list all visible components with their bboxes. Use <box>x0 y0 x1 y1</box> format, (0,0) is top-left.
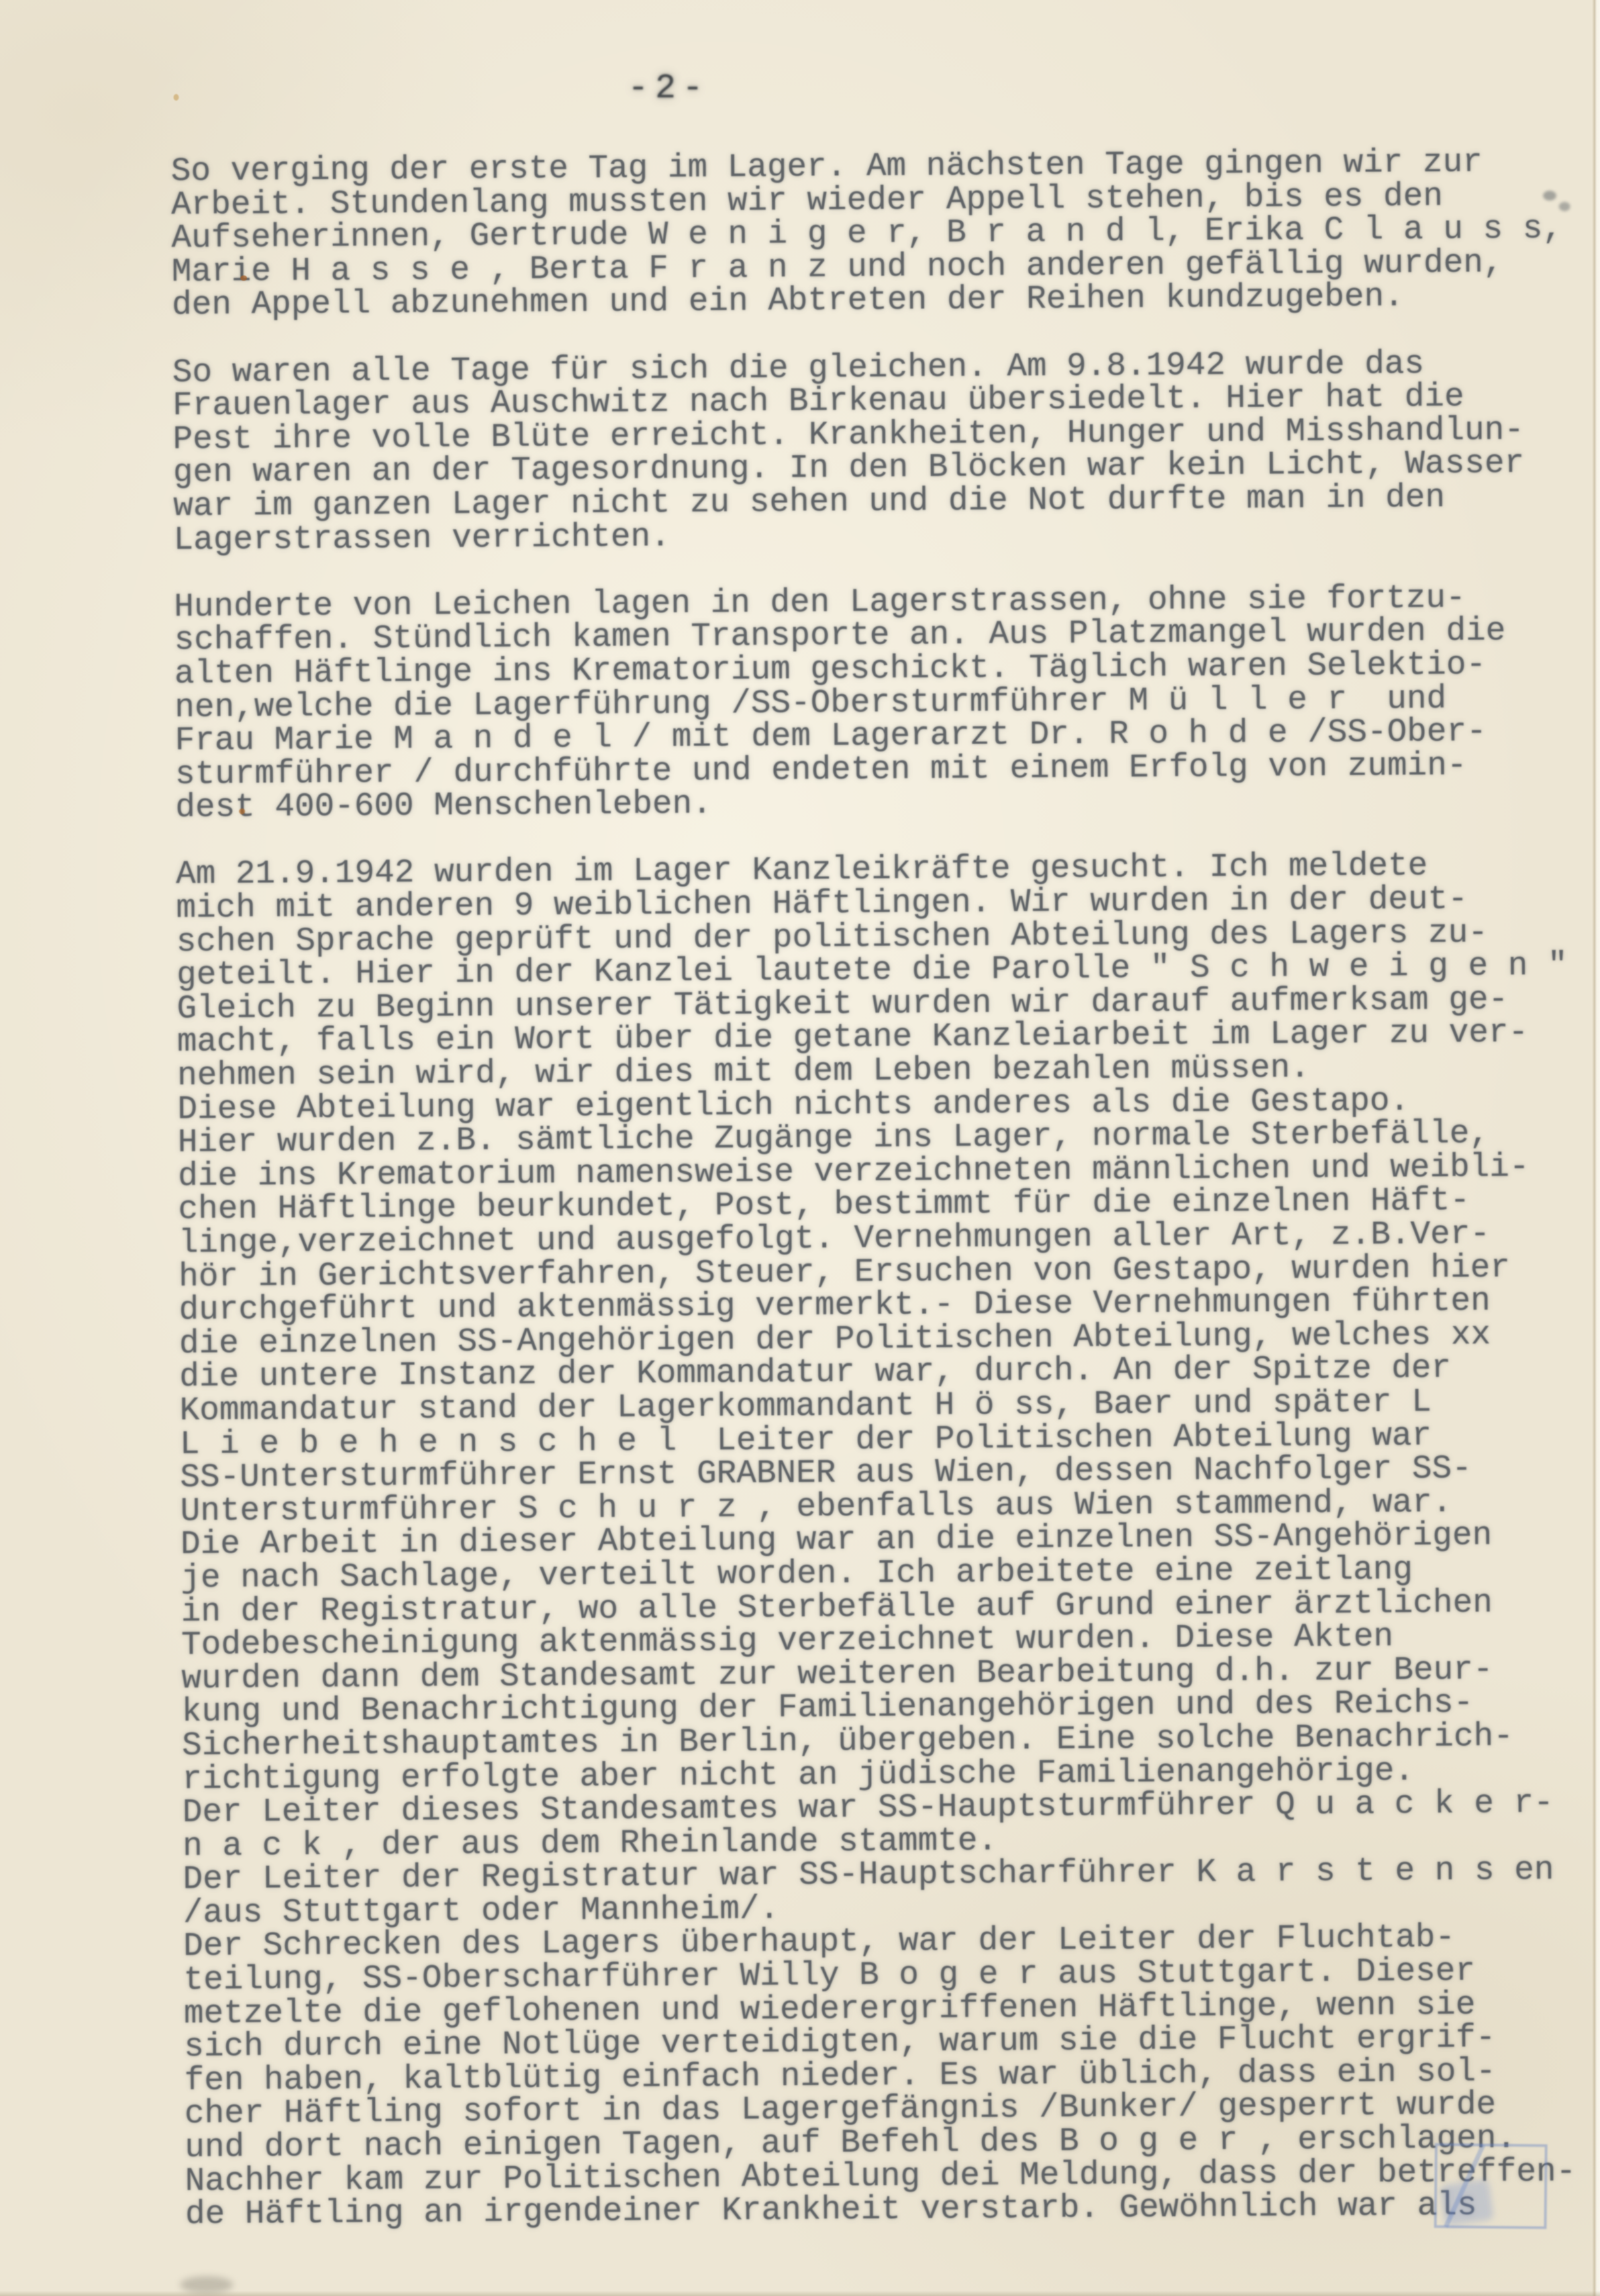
paper-edge <box>0 2291 1600 2296</box>
paragraph-3: Hunderte von Leichen lagen in den Lagers… <box>174 581 1600 826</box>
rust-speck <box>240 275 247 281</box>
typewritten-text-block: So verging der erste Tag im Lager. Am nä… <box>171 146 1600 2232</box>
paragraph-4: Am 21.9.1942 wurden im Lager Kanzleikräf… <box>175 849 1600 2232</box>
rust-speck <box>174 94 179 101</box>
paper-smudge <box>180 2276 233 2293</box>
paragraph-1: So verging der erste Tag im Lager. Am nä… <box>171 146 1600 323</box>
ink-speck <box>1559 202 1570 211</box>
archive-stamp <box>1434 2143 1547 2229</box>
ink-speck <box>1543 191 1556 201</box>
stamp-mark <box>1444 2144 1485 2228</box>
page-number: -2- <box>628 69 710 108</box>
paragraph-2: So waren alle Tage für sich die gleichen… <box>172 346 1600 557</box>
rust-speck <box>239 808 245 814</box>
document-page: -2- So verging der erste Tag im Lager. A… <box>0 0 1600 2296</box>
